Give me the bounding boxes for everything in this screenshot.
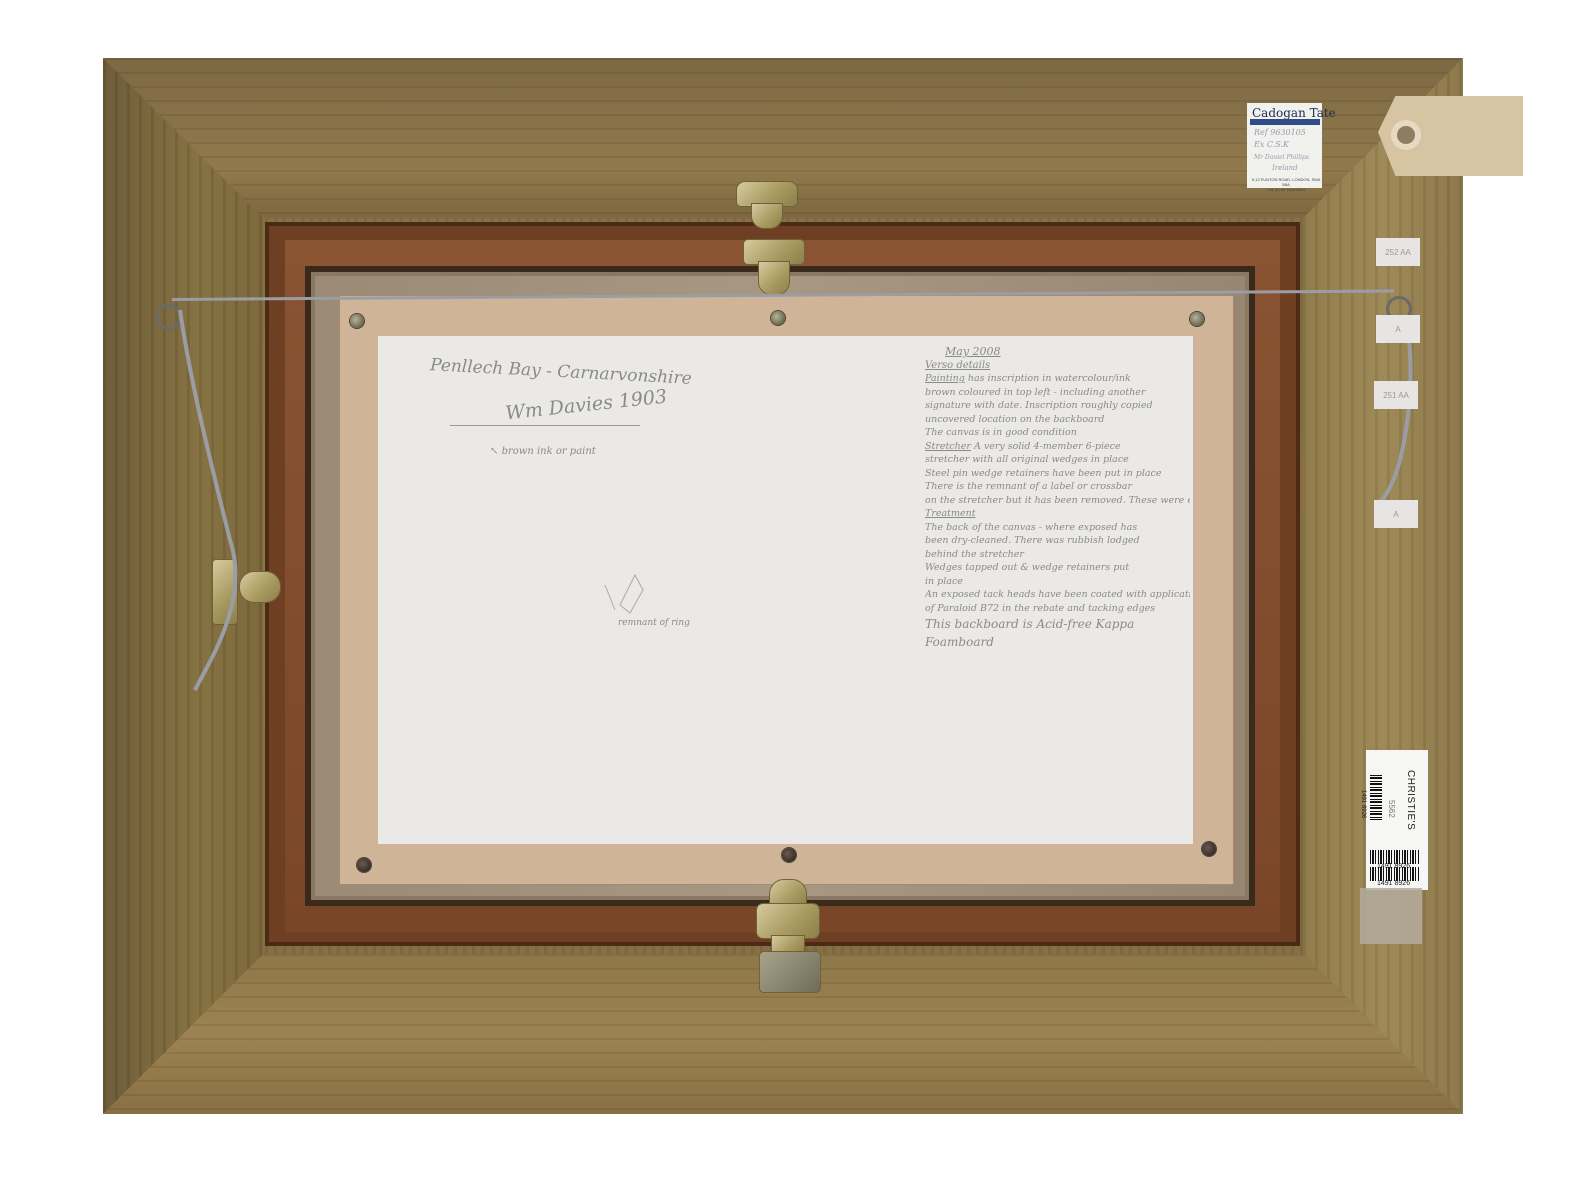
auction-lot-number: 5562 (1387, 800, 1396, 818)
barcode-icon (1370, 867, 1420, 881)
auction-house: CHRISTIE'S (1405, 770, 1416, 830)
report-line: of Paraloid B72 in the rebate and tackin… (925, 602, 1190, 616)
shipper-address: 9-12 FUNTON ROAD, LONDON, SW6 5BA+44 (0)… (1250, 177, 1322, 192)
stock-tag: A (1374, 500, 1418, 528)
report-line: been dry-cleaned. There was rubbish lodg… (925, 534, 1190, 548)
arrow-note-text: brown ink or paint (502, 446, 596, 457)
report-line: There is the remnant of a label or cross… (925, 480, 1190, 494)
report-line: stretcher with all original wedges in pl… (925, 453, 1190, 467)
barcode-icon (1370, 775, 1382, 820)
barcode-number: 1491 8926 (1377, 880, 1410, 887)
report-line: This backboard is Acid-free Kappa (925, 615, 1190, 633)
screw-icon (357, 858, 371, 872)
barcode-icon (1370, 850, 1420, 864)
mirror-plate-top-inner-tab (759, 262, 789, 294)
shipper-band (1250, 119, 1320, 125)
shipper-client-location: Ireland (1272, 164, 1298, 172)
report-line: uncovered location on the backboard (925, 413, 1190, 427)
masking-tape (1360, 888, 1422, 944)
report-line: Stretcher A very solid 4-member 6-piece (925, 440, 1190, 454)
report-line: Wedges tapped out & wedge retainers put (925, 561, 1190, 575)
report-line: An exposed tack heads have been coated w… (925, 588, 1190, 602)
screw-icon (350, 314, 364, 328)
report-line: Foamboard (925, 633, 1190, 651)
report-line: Steel pin wedge retainers have been put … (925, 467, 1190, 481)
wire-tail-left (150, 300, 270, 700)
screw-icon (782, 848, 796, 862)
screw-icon (771, 311, 785, 325)
arrow-up-icon: ↖ (490, 446, 502, 457)
ring-sketch-icon (595, 565, 655, 625)
screw-icon (1202, 842, 1216, 856)
mirror-plate-top-outer-tab (752, 204, 782, 228)
shipper-client: Mr Daniel Phillips (1254, 154, 1309, 161)
shipper-name: Cadogan Tate (1252, 106, 1336, 120)
arrow-note: ↖ brown ink or paint (490, 446, 596, 457)
mirror-plate-bottom-inner (757, 904, 819, 938)
frame-stile-right (1303, 58, 1463, 1114)
shipper-ref: Ref 9630105 (1254, 128, 1306, 137)
condition-report: May 2008 Verso details Painting has insc… (925, 345, 1190, 651)
report-line: The canvas is in good condition (925, 426, 1190, 440)
report-subheading: Treatment (925, 507, 1190, 521)
mirror-plate-bottom-outer (760, 952, 820, 992)
mirror-plate-top-outer (737, 182, 797, 206)
inscription-underline (450, 425, 640, 426)
stock-tag: A (1376, 315, 1420, 343)
report-line: Painting has inscription in watercolour/… (925, 372, 1190, 386)
shipper-lot: Ex C.S.K (1254, 140, 1289, 149)
stock-tag: 251 AA (1374, 381, 1418, 409)
report-line: brown coloured in top left - including a… (925, 386, 1190, 400)
screw-icon (1190, 312, 1204, 326)
report-line: The back of the canvas - where exposed h… (925, 521, 1190, 535)
report-line: on the stretcher but it has been removed… (925, 494, 1190, 508)
tag-eyelet-icon (1397, 126, 1415, 144)
report-line: signature with date. Inscription roughly… (925, 399, 1190, 413)
report-line: in place (925, 575, 1190, 589)
report-line: behind the stretcher (925, 548, 1190, 562)
stock-tag: 252 AA (1376, 238, 1420, 266)
barcode-number: 1491 8926 (1360, 790, 1366, 818)
report-heading: Verso details (925, 359, 1190, 373)
report-date: May 2008 (945, 345, 1190, 359)
mirror-plate-top-inner (744, 240, 804, 264)
